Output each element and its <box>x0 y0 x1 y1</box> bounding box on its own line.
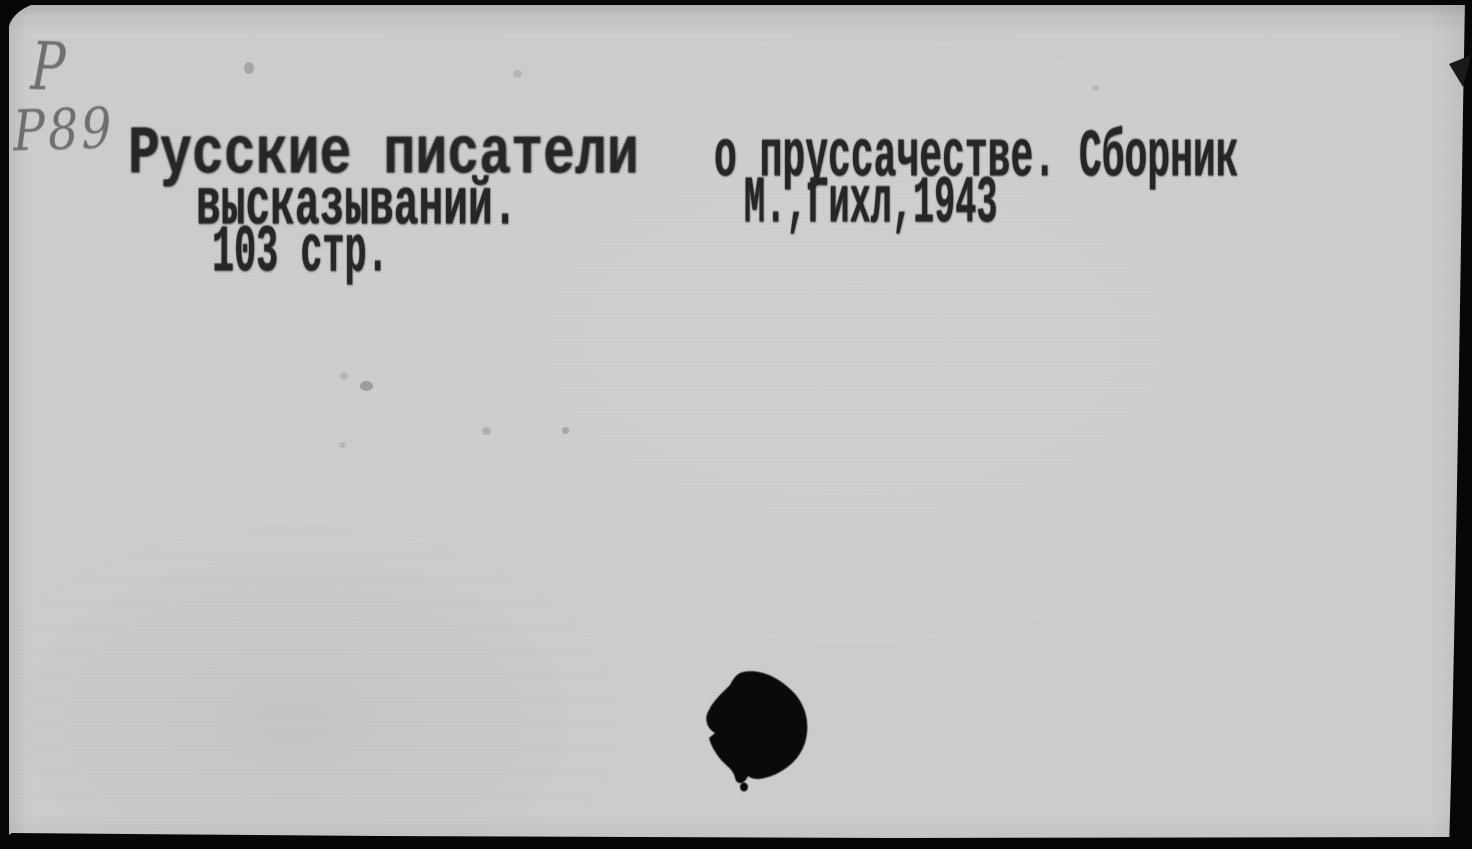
typed-pagination: 103 стр. <box>212 222 389 289</box>
pencil-call-number: Р89 <box>12 100 115 160</box>
catalog-card-scan: Р Р89 Русские писатели о пруссачестве. С… <box>0 0 1472 849</box>
pencil-class-letter: Р <box>30 34 67 101</box>
typed-imprint: М.,Гихл,1943 <box>744 173 997 240</box>
